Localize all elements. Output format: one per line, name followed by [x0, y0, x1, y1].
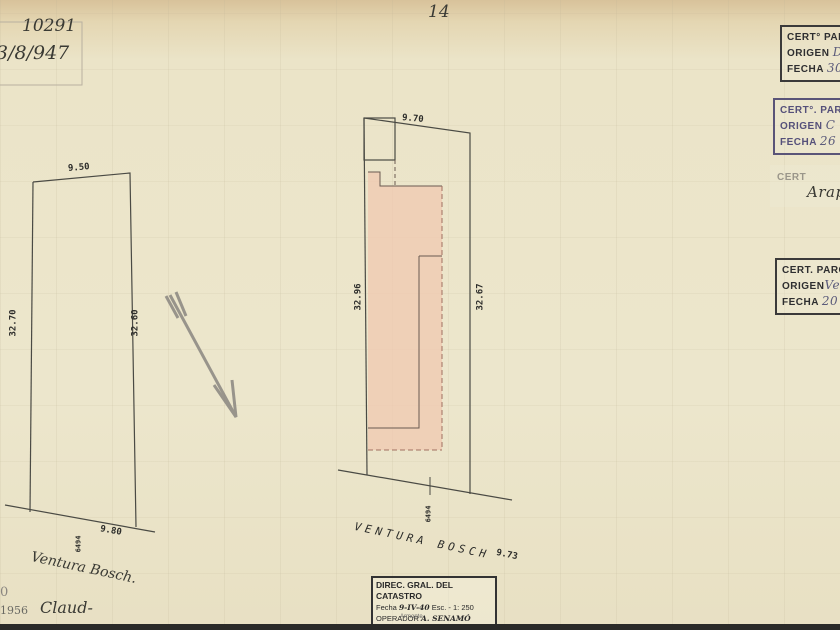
right-parcel-number: 6494	[424, 506, 432, 523]
right-side-dim: 32.60	[131, 309, 141, 336]
left-top-dim: 9.50	[68, 162, 90, 174]
page-number: 14	[428, 2, 450, 22]
stamp-cert-parc-2: CERT°. PARC ORIGEN C FECHA 26	[773, 98, 840, 155]
signature: Claud-	[40, 598, 93, 617]
stamp-cert-parc-3: CERT Arap	[770, 165, 840, 207]
left-side-dim: 32.70	[9, 309, 19, 336]
header-date: 3/8/947	[0, 42, 69, 64]
right-left-side-dim: 32.96	[354, 283, 364, 310]
footer-left-number: 0	[0, 585, 8, 600]
catastro-stamp: DIREC. GRAL. DEL CATASTRO Fecha 9-IV-40 …	[371, 576, 497, 628]
header-number: 10291	[22, 16, 76, 36]
left-parcel-number: 6494	[74, 536, 82, 553]
stamp-cert-parc-4: CERT. PARC. N° ORIGENVent FECHA 20	[775, 258, 840, 315]
parcel-left-outline	[5, 173, 155, 532]
stamp-cert-parc-1: CERT° PARC ORIGEN D FECHA 30	[780, 25, 840, 82]
right-top-dim: 9.70	[402, 113, 424, 125]
right-right-side-dim: 32.67	[476, 283, 486, 310]
north-arrow-icon	[166, 292, 236, 417]
scan-edge	[0, 624, 840, 630]
catastro-note: Armonte	[400, 614, 423, 620]
built-area	[368, 172, 442, 450]
footer-left-year: 1956	[0, 604, 28, 617]
